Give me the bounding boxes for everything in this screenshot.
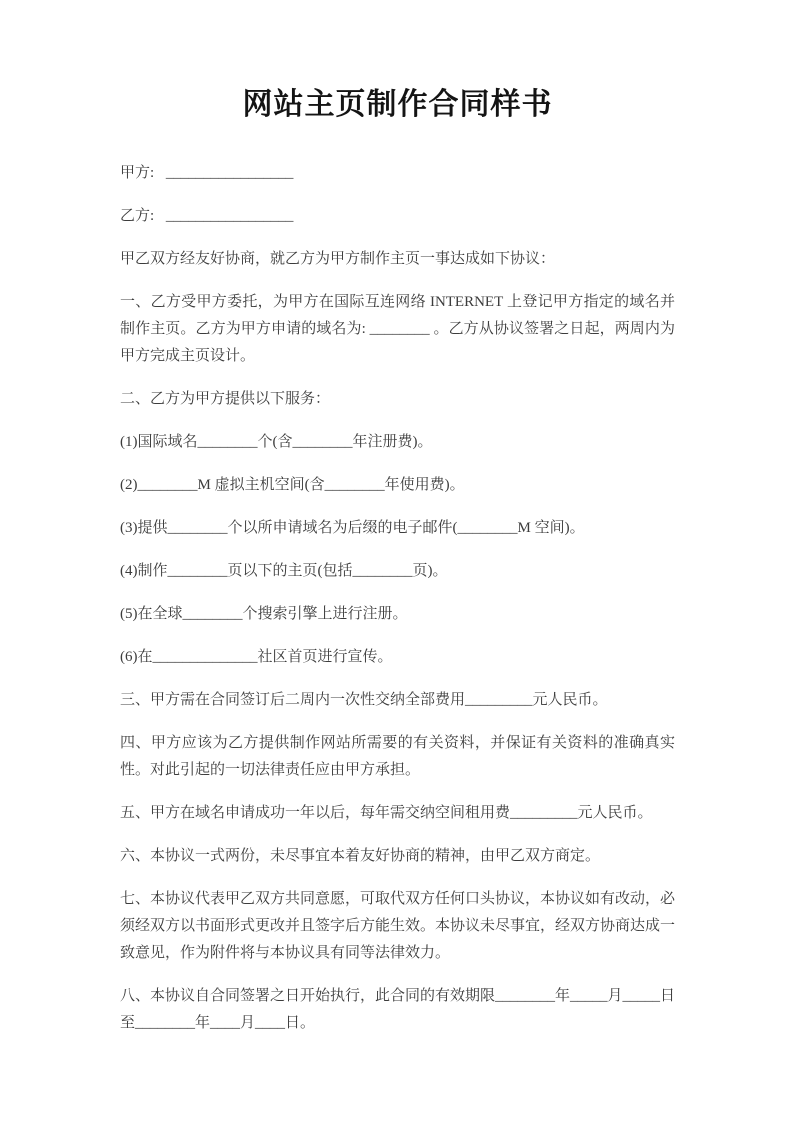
clause-2-item-6: (6)在______________社区首页进行宣传。 <box>120 644 675 671</box>
intro-paragraph: 甲乙双方经友好协商，就乙方为甲方制作主页一事达成如下协议： <box>120 246 675 273</box>
document-title: 网站主页制作合同样书 <box>120 86 675 124</box>
contract-document-page: 网站主页制作合同样书 甲方: _________________ 乙方: ___… <box>0 0 793 1122</box>
clause-1: 一、乙方受甲方委托，为甲方在国际互连网络 INTERNET 上登记甲方指定的域名… <box>120 289 675 370</box>
clause-2-item-3: (3)提供________个以所申请域名为后缀的电子邮件(________M 空… <box>120 515 675 542</box>
clause-8: 八、本协议自合同签署之日开始执行，此合同的有效期限________年_____月… <box>120 983 675 1037</box>
party-a-label: 甲方: <box>120 165 154 181</box>
clause-5: 五、甲方在域名申请成功一年以后，每年需交纳空间租用费_________元人民币。 <box>120 800 675 827</box>
clause-2: 二、乙方为甲方提供以下服务： <box>120 386 675 413</box>
clause-2-item-2: (2)________M 虚拟主机空间(含________年使用费)。 <box>120 472 675 499</box>
clause-3: 三、甲方需在合同签订后二周内一次性交纳全部费用_________元人民币。 <box>120 687 675 714</box>
party-b-blank-line: _________________ <box>166 208 294 224</box>
clause-7: 七、本协议代表甲乙双方共同意愿，可取代双方任何口头协议，本协议如有改动，必须经双… <box>120 886 675 967</box>
clause-4: 四、甲方应该为乙方提供制作网站所需要的有关资料，并保证有关资料的准确真实性。对此… <box>120 730 675 784</box>
clause-6: 六、本协议一式两份，未尽事宜本着友好协商的精神，由甲乙双方商定。 <box>120 843 675 870</box>
clause-2-item-5: (5)在全球________个搜索引擎上进行注册。 <box>120 601 675 628</box>
clause-2-item-1: (1)国际域名________个(含________年注册费)。 <box>120 429 675 456</box>
party-b-line: 乙方: _________________ <box>120 203 675 230</box>
party-a-line: 甲方: _________________ <box>120 160 675 187</box>
party-b-label: 乙方: <box>120 208 154 224</box>
clause-2-item-4: (4)制作________页以下的主页(包括________页)。 <box>120 558 675 585</box>
party-a-blank-line: _________________ <box>166 165 294 181</box>
